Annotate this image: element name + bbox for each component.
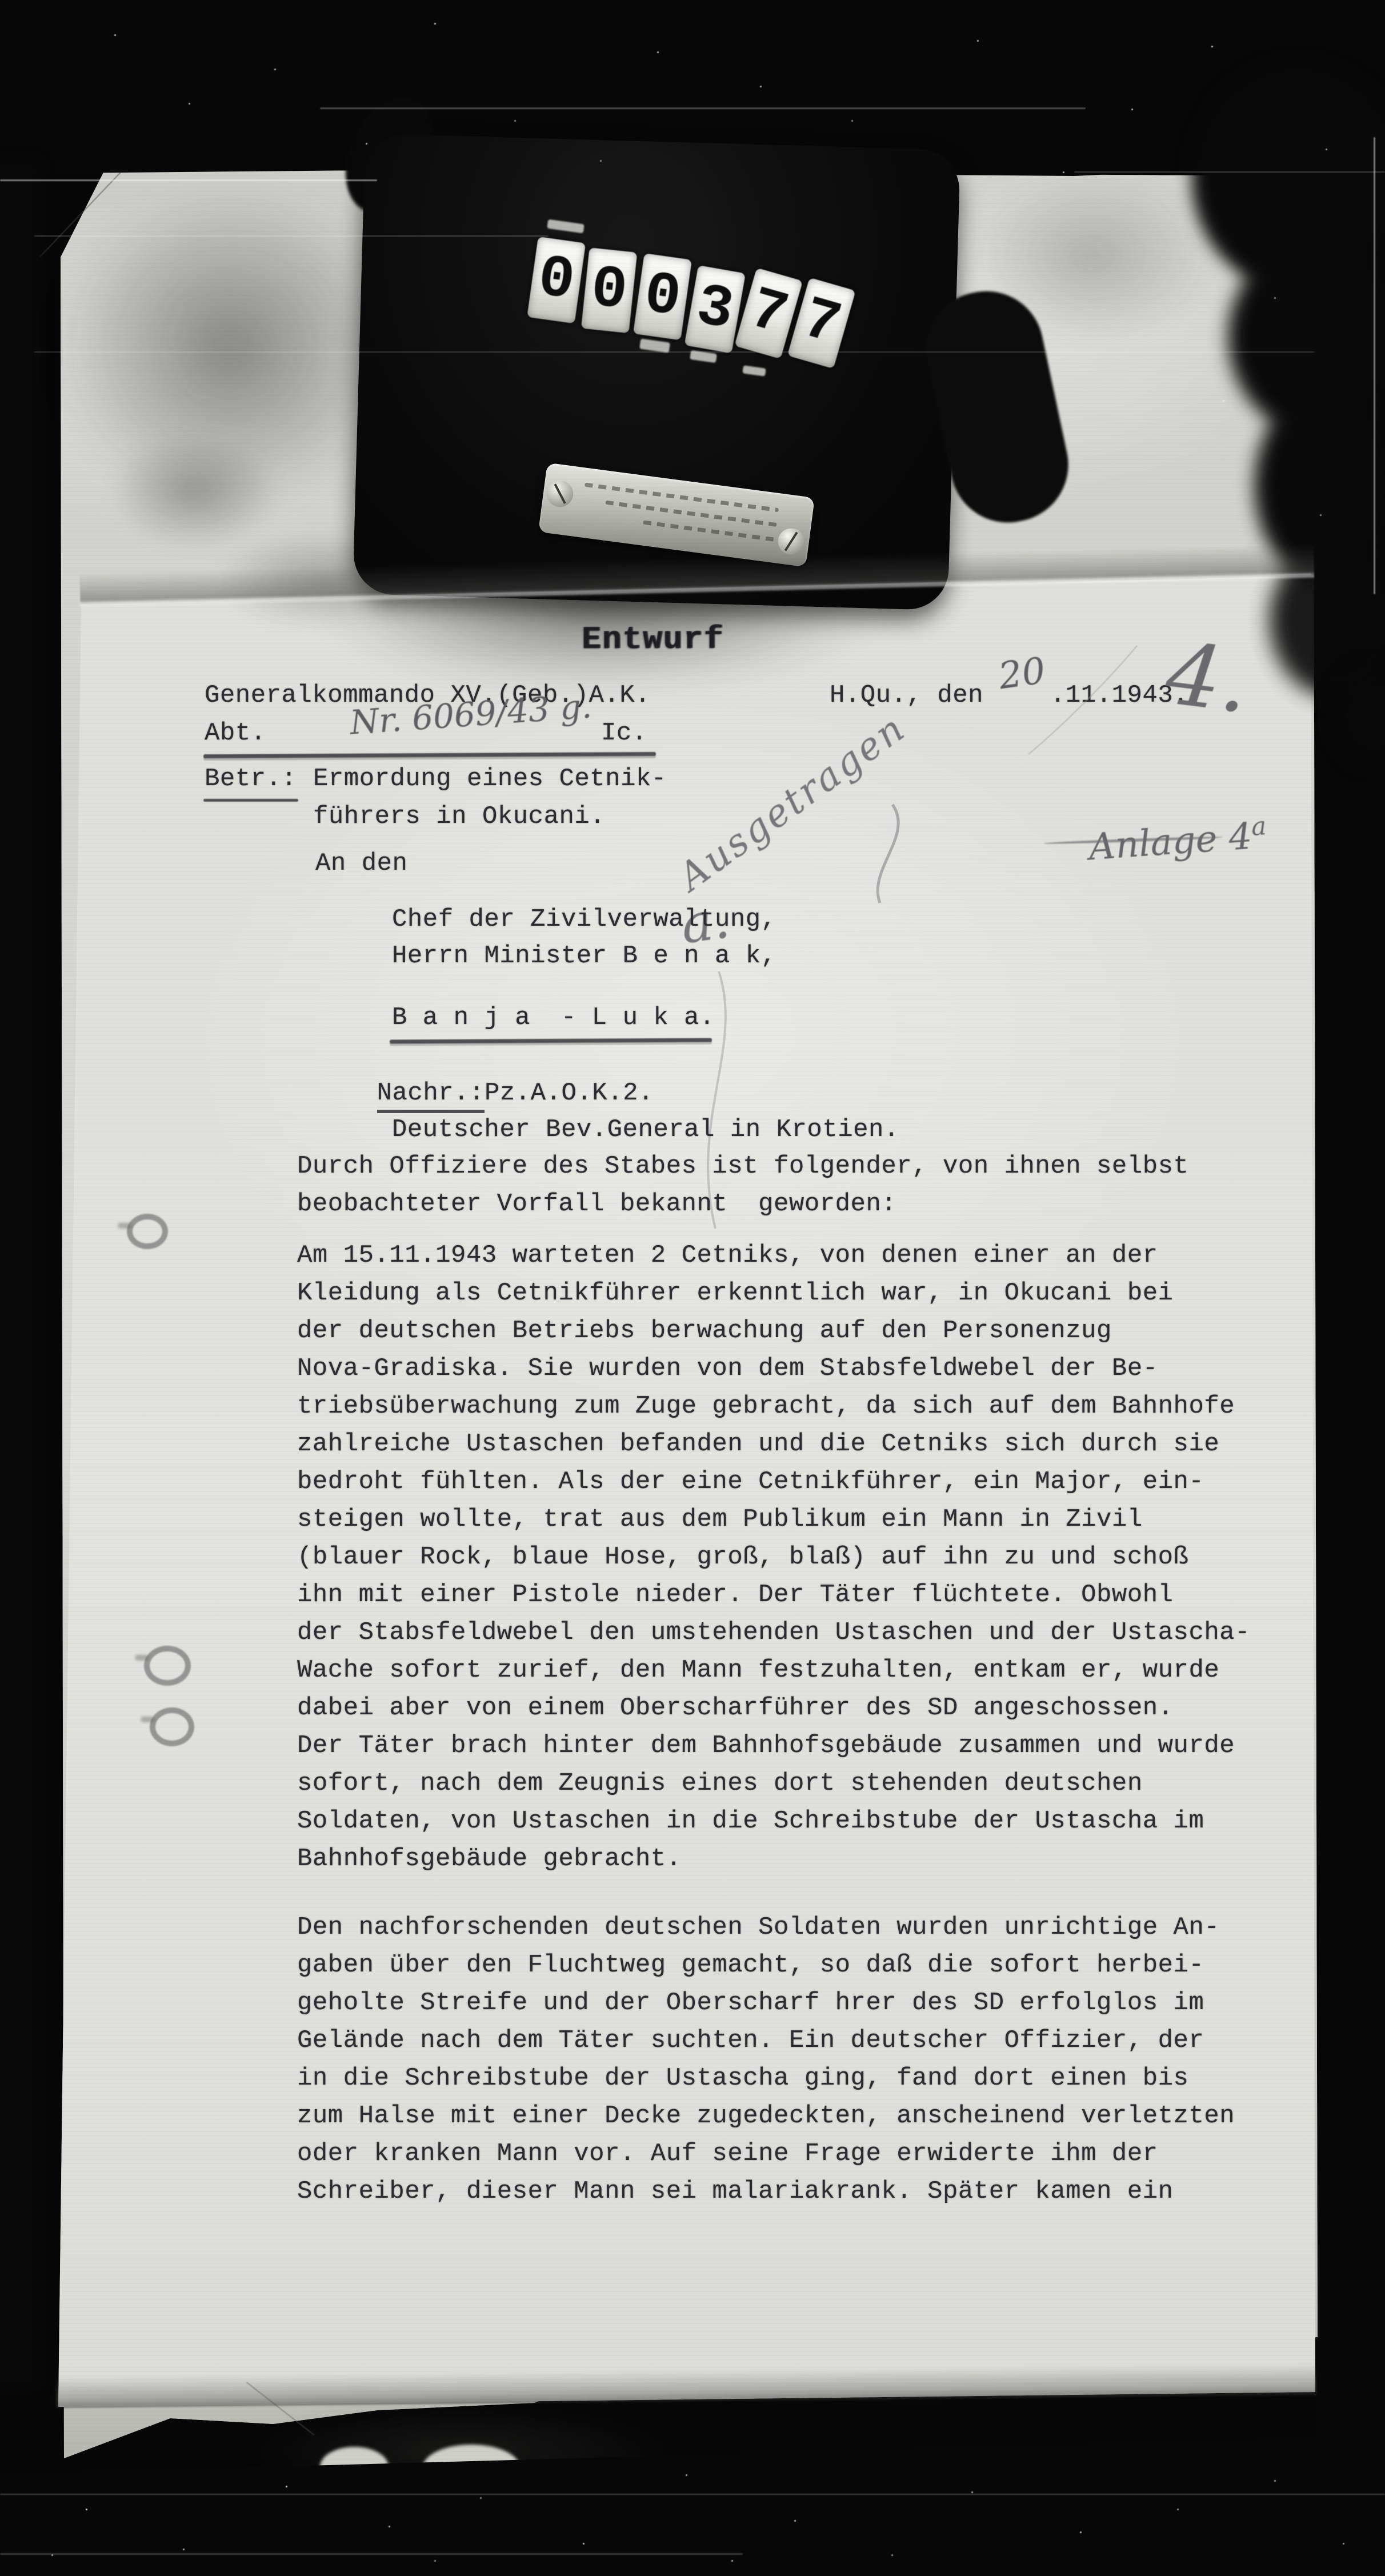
betr-underline: [203, 799, 298, 802]
film-scratch: [1074, 171, 1385, 173]
punch-ring-3: [150, 1707, 194, 1746]
betr-line1: Ermordung eines Cetnik-: [313, 760, 667, 798]
nachr-label: Nachr.:: [377, 1079, 485, 1113]
film-scratch: [320, 107, 1086, 109]
addressee-city: B a n j a - L u k a.: [392, 999, 715, 1037]
betr-line2: führers in Okucani.: [313, 798, 605, 835]
ic-label: Ic.: [601, 714, 647, 752]
film-speck-cluster: [86, 2509, 87, 2510]
anlage-superscript: a: [1250, 811, 1267, 842]
film-scratch: [0, 2494, 1385, 2495]
pencil-number-mark: 4.: [1161, 624, 1254, 733]
an-den-line: An den: [315, 845, 407, 882]
hq-date-prefix: H.Qu., den: [830, 677, 983, 714]
counter-digit-1: 0: [527, 237, 586, 323]
film-edge-left: [0, 160, 40, 2389]
film-scratch: [34, 351, 1314, 353]
addressee-line2: Herrn Minister B e n a k,: [392, 937, 776, 975]
punch-ring-2: [144, 1646, 191, 1686]
punch-ring-1: [127, 1214, 168, 1249]
betr-label: Betr.:: [205, 760, 297, 798]
counter-digit-2: 0: [581, 247, 637, 333]
abt-label: Abt.: [205, 714, 266, 752]
addressee-line1: Chef der Zivilverwaltung,: [392, 901, 776, 938]
film-scratch: [0, 2553, 743, 2555]
film-scratch: [34, 235, 549, 237]
counter-digit-3: 0: [633, 253, 692, 340]
body-paragraph-3: Den nachforschenden deutschen Soldaten w…: [297, 1909, 1235, 2210]
microfilm-scan: 0 0 0 3 7 7 Entwurf Generalkommando XV.(…: [0, 0, 1385, 2576]
body-paragraph-1: Durch Offiziere des Stabes ist folgender…: [297, 1147, 1188, 1223]
nachr-line2: Deutscher Bev.General in Krotien.: [392, 1111, 899, 1149]
screw-icon: [545, 479, 575, 509]
mottle-left: [109, 434, 280, 549]
date-handwritten: 20: [996, 650, 1048, 698]
nachr-value: Pz.A.O.K.2.: [485, 1079, 654, 1107]
film-speck-cluster: [114, 34, 116, 36]
screw-icon: [776, 527, 806, 557]
film-scratch: [0, 179, 377, 181]
film-scratch-vertical: [1374, 137, 1375, 594]
entwurf-stamp: Entwurf: [582, 621, 724, 658]
body-paragraph-2: Am 15.11.1943 warteten 2 Cetniks, von de…: [297, 1237, 1250, 1878]
